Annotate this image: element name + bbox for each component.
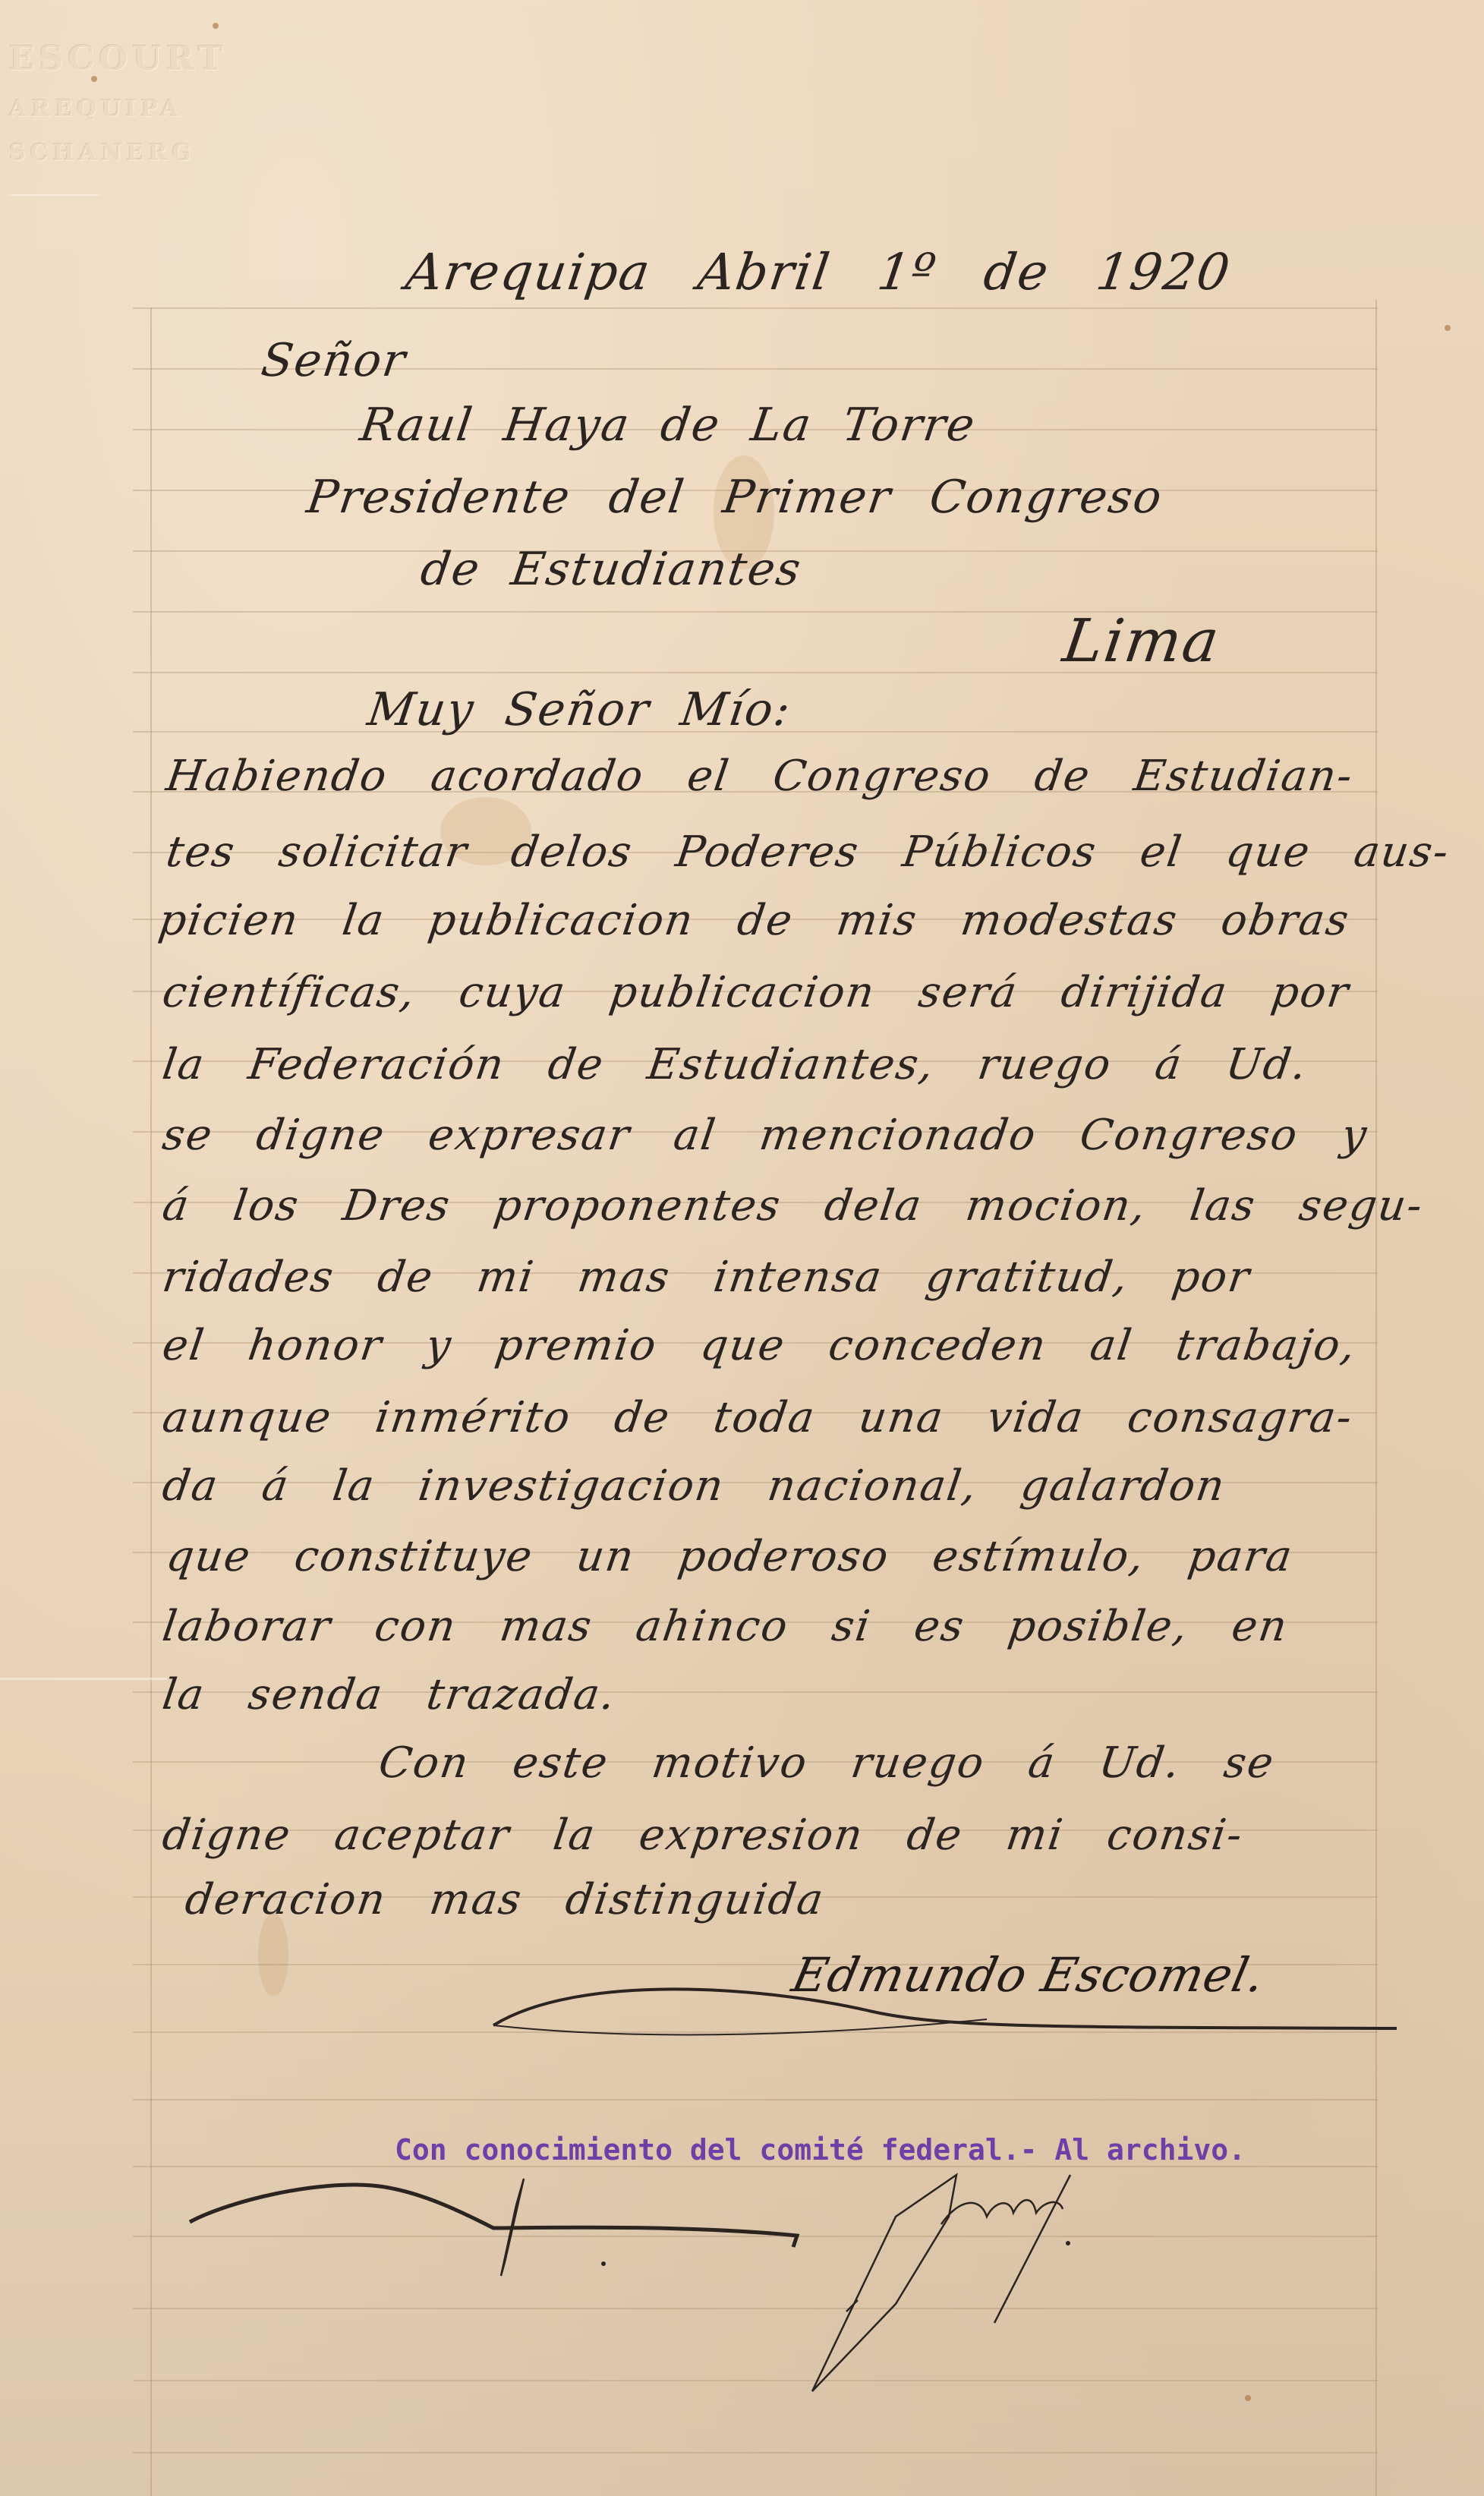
rosay-signature xyxy=(812,2175,1070,2391)
letter-page: ESCOURT AREQUIPA SCHANERG Arequipa Abril… xyxy=(0,0,1484,2496)
ink-flourishes xyxy=(0,0,1484,2496)
paraph-flourish xyxy=(190,2185,797,2247)
